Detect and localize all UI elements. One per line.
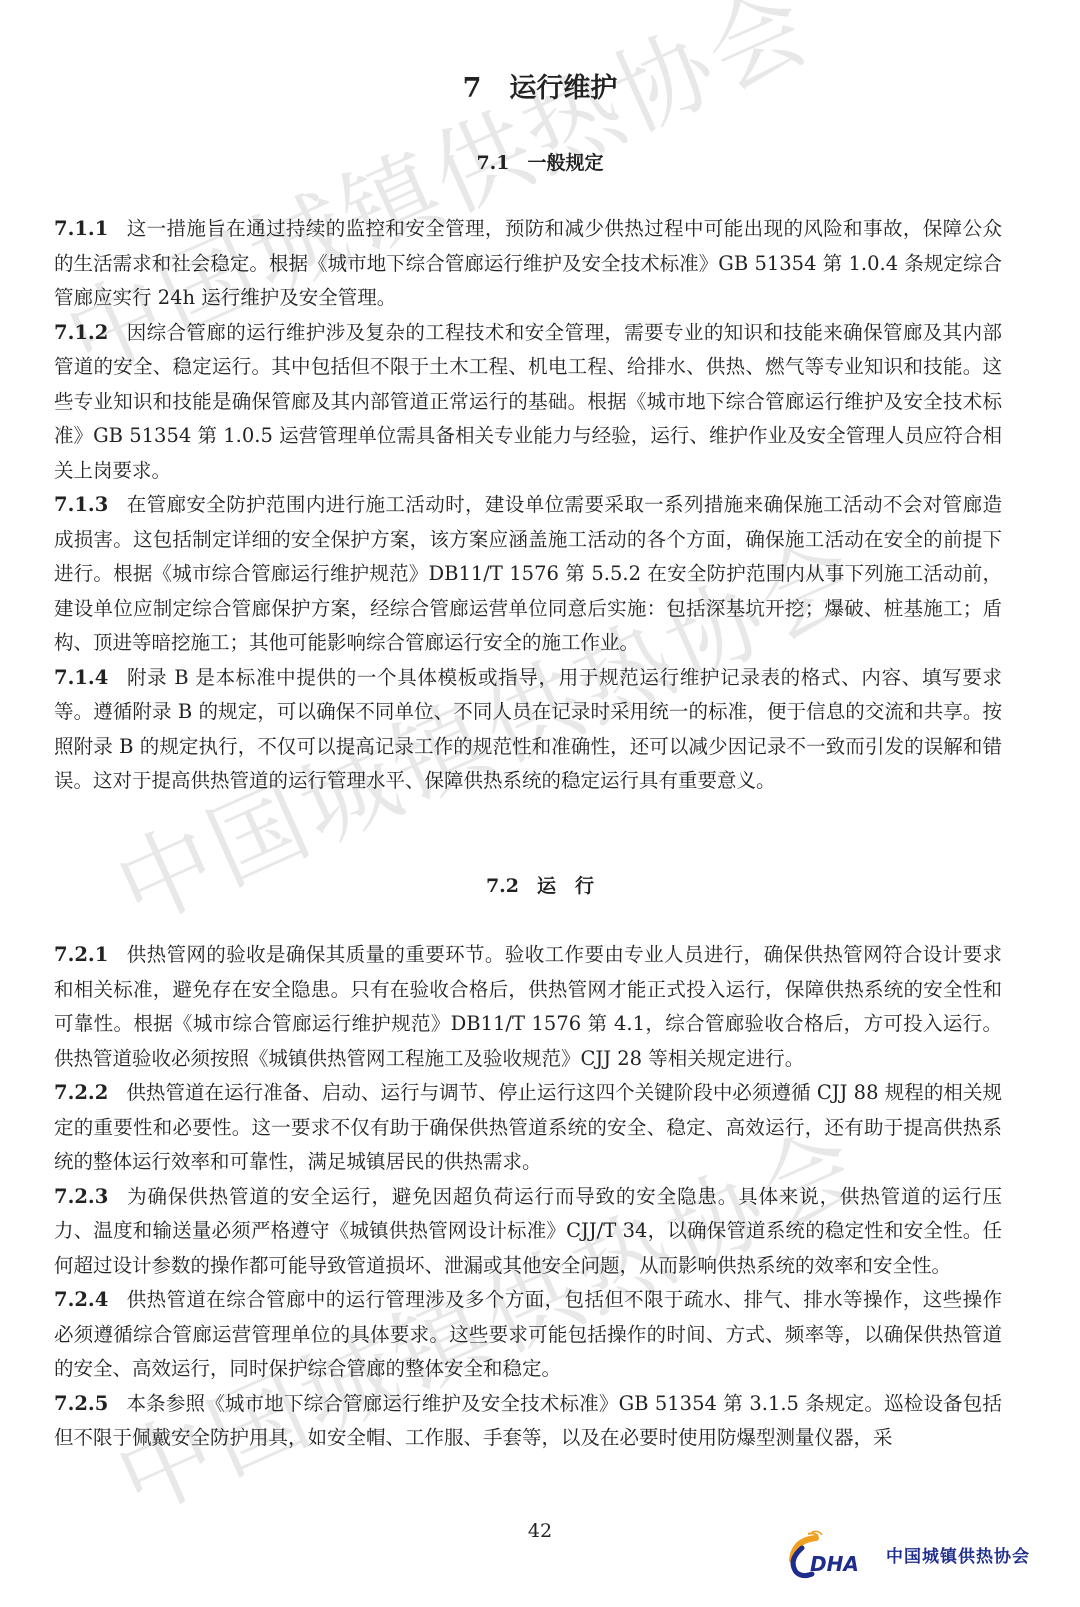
chapter-title: 7运行维护 [0,66,1080,105]
clause-number: 7.2.5 [54,1392,108,1415]
clause-7-2-4: 7.2.4供热管道在综合管廊中的运行管理涉及多个方面，包括但不限于疏水、排气、排… [54,1283,1002,1387]
clause-text: 为确保供热管道的安全运行，避免因超负荷运行而导致的安全隐患。具体来说，供热管道的… [54,1185,1002,1277]
section-title-text: 运 行 [537,875,594,897]
clause-number: 7.2.3 [54,1185,108,1208]
clause-number: 7.1.3 [54,493,108,516]
chapter-title-text: 运行维护 [509,73,617,104]
clause-7-2-1: 7.2.1供热管网的验收是确保其质量的重要环节。验收工作要由专业人员进行，确保供… [54,938,1002,1076]
clause-7-1-3: 7.1.3在管廊安全防护范围内进行施工活动时，建设单位需要采取一系列措施来确保施… [54,488,1002,661]
clause-text: 供热管网的验收是确保其质量的重要环节。验收工作要由专业人员进行，确保供热管网符合… [54,943,1002,1070]
section-number: 7.1 [476,152,509,174]
document-page: 中国城镇供热协会 中国城镇供热协会 中国城镇供热协会 7运行维护 7.1一般规定… [0,0,1080,1607]
cdha-logo: DHA 中国城镇供热协会 [782,1530,1062,1580]
section-7-2-body: 7.2.1供热管网的验收是确保其质量的重要环节。验收工作要由专业人员进行，确保供… [54,938,1002,1456]
clause-text: 本条参照《城市地下综合管廊运行维护及安全技术标准》GB 51354 第 3.1.… [54,1392,1002,1450]
clause-7-1-4: 7.1.4附录 B 是本标准中提供的一个具体模板或指导，用于规范运行维护记录表的… [54,661,1002,799]
clause-text: 在管廊安全防护范围内进行施工活动时，建设单位需要采取一系列措施来确保施工活动不会… [54,493,1002,654]
clause-number: 7.1.4 [54,666,108,689]
clause-number: 7.2.4 [54,1288,108,1311]
logo-text: 中国城镇供热协会 [886,1542,1030,1567]
clause-7-2-2: 7.2.2供热管道在运行准备、启动、运行与调节、停止运行这四个关键阶段中必须遵循… [54,1076,1002,1180]
svg-text:DHA: DHA [810,1552,859,1576]
clause-7-1-1: 7.1.1这一措施旨在通过持续的监控和安全管理，预防和减少供热过程中可能出现的风… [54,212,1002,316]
clause-number: 7.2.1 [54,943,108,966]
section-title-7-2: 7.2运 行 [0,871,1080,898]
section-7-1-body: 7.1.1这一措施旨在通过持续的监控和安全管理，预防和减少供热过程中可能出现的风… [54,212,1002,799]
clause-number: 7.1.2 [54,321,108,344]
clause-7-1-2: 7.1.2因综合管廊的运行维护涉及复杂的工程技术和安全管理，需要专业的知识和技能… [54,316,1002,489]
section-number: 7.2 [486,875,519,897]
clause-text: 这一措施旨在通过持续的监控和安全管理，预防和减少供热过程中可能出现的风险和事故，… [54,217,1002,309]
clause-7-2-5: 7.2.5本条参照《城市地下综合管廊运行维护及安全技术标准》GB 51354 第… [54,1387,1002,1456]
clause-text: 因综合管廊的运行维护涉及复杂的工程技术和安全管理，需要专业的知识和技能来确保管廊… [54,321,1002,482]
section-title-7-1: 7.1一般规定 [0,148,1080,175]
clause-number: 7.2.2 [54,1081,108,1104]
clause-text: 供热管道在综合管廊中的运行管理涉及多个方面，包括但不限于疏水、排气、排水等操作，… [54,1288,1002,1380]
clause-number: 7.1.1 [54,217,108,240]
clause-7-2-3: 7.2.3为确保供热管道的安全运行，避免因超负荷运行而导致的安全隐患。具体来说，… [54,1180,1002,1284]
cdha-logo-icon: DHA [782,1530,882,1580]
section-title-text: 一般规定 [528,152,604,174]
clause-text: 供热管道在运行准备、启动、运行与调节、停止运行这四个关键阶段中必须遵循 CJJ … [54,1081,1002,1173]
chapter-number: 7 [463,73,482,104]
clause-text: 附录 B 是本标准中提供的一个具体模板或指导，用于规范运行维护记录表的格式、内容… [54,666,1002,793]
